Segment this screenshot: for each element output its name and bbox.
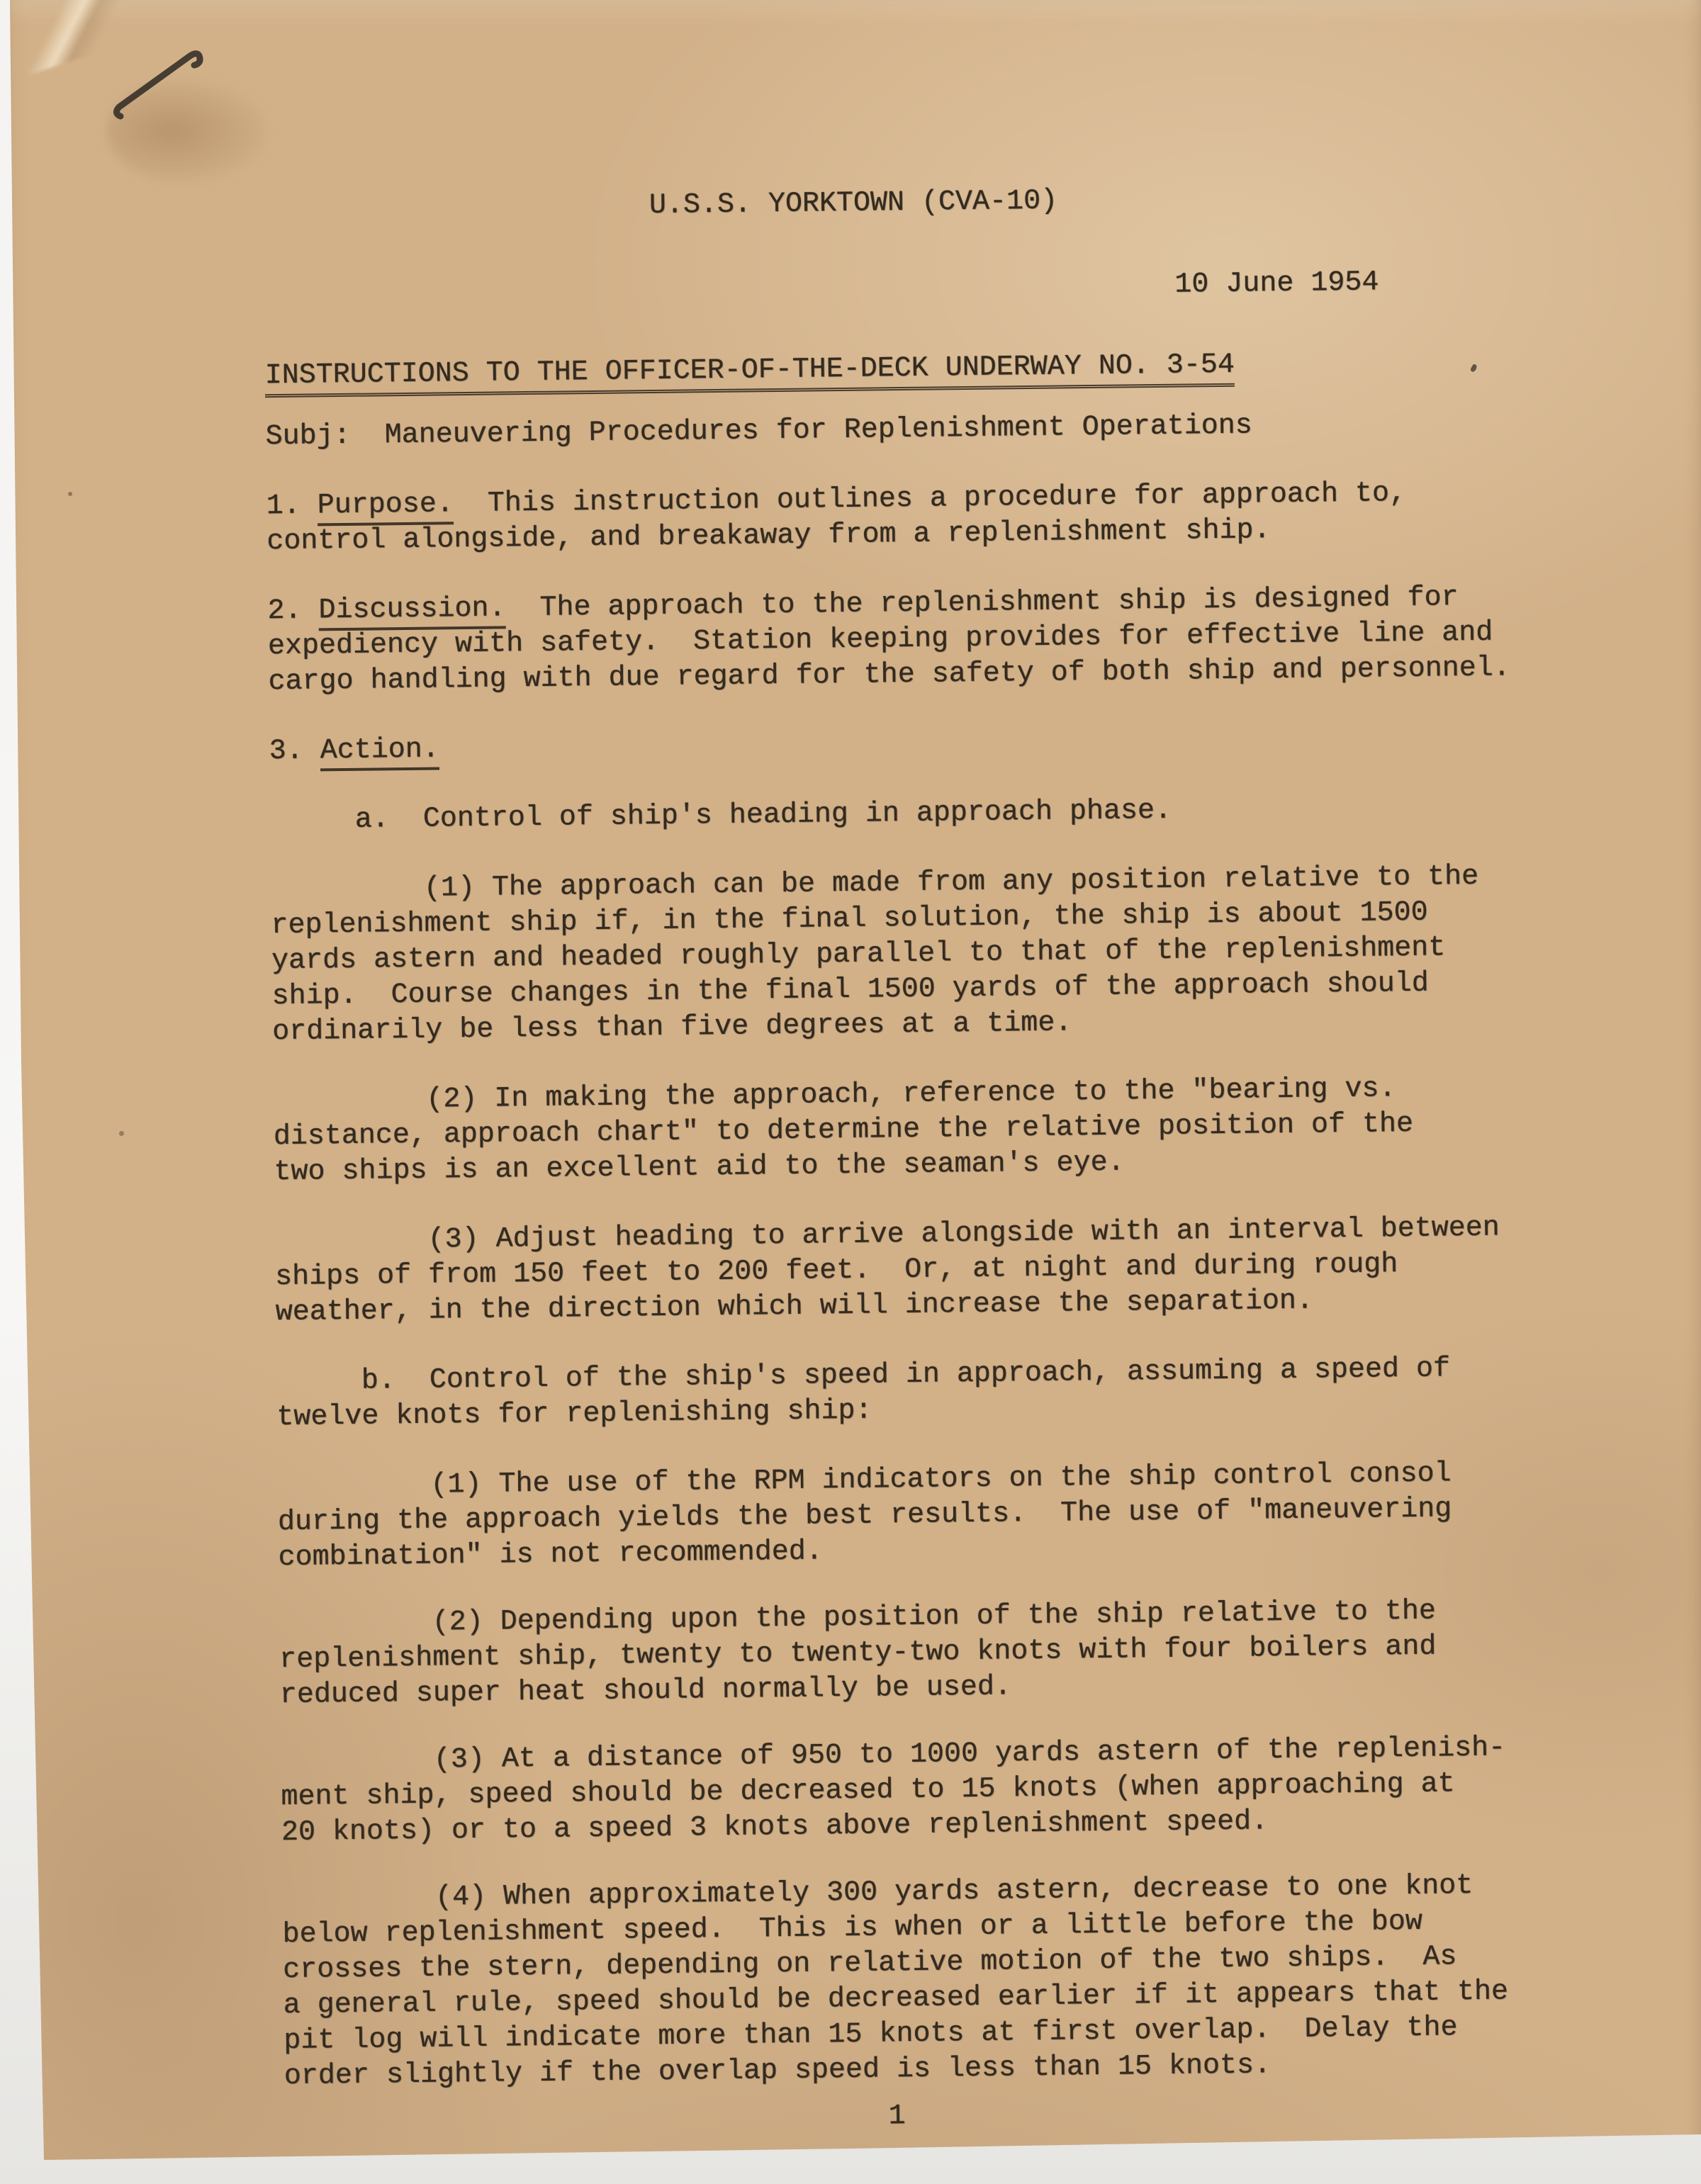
item-b2: (2) Depending upon the position of the s…	[279, 1593, 1549, 1713]
scanned-document: U.S.S. YORKTOWN (CVA-10) 10 June 1954 IN…	[0, 0, 1701, 2184]
subject-line: Subj: Maneuvering Procedures for Repleni…	[265, 405, 1534, 455]
document-title-text: INSTRUCTIONS TO THE OFFICER-OF-THE-DECK …	[264, 349, 1235, 398]
paragraph-label: Action.	[320, 733, 439, 771]
item-b4: (4) When approximately 300 yards astern,…	[282, 1868, 1553, 2095]
paragraph-purpose: 1. Purpose. This instruction outlines a …	[266, 475, 1536, 560]
paragraph-action: 3. Action.	[269, 720, 1537, 770]
ink-speck	[68, 492, 72, 496]
document-page: U.S.S. YORKTOWN (CVA-10) 10 June 1954 IN…	[0, 0, 1701, 2184]
page-content: U.S.S. YORKTOWN (CVA-10) 10 June 1954 IN…	[261, 0, 1554, 2141]
item-b-heading: b. Control of the ship's speed in approa…	[276, 1351, 1546, 1436]
paragraph-discussion: 2. Discussion. The approach to the reple…	[267, 580, 1537, 700]
item-a2: (2) In making the approach, reference to…	[273, 1070, 1543, 1190]
item-b1: (1) The use of the RPM indicators on the…	[277, 1456, 1547, 1576]
page-number: 1	[888, 2092, 1554, 2135]
item-b3: (3) At a distance of 950 to 1000 yards a…	[281, 1730, 1551, 1851]
paragraph-number: 1.	[266, 490, 318, 522]
paragraph-label: Purpose.	[318, 488, 454, 526]
item-a3: (3) Adjust heading to arrive alongside w…	[274, 1210, 1544, 1331]
document-date: 10 June 1954	[1174, 264, 1533, 303]
document-title: INSTRUCTIONS TO THE OFFICER-OF-THE-DECK …	[264, 344, 1533, 394]
ink-speck	[119, 1131, 124, 1136]
paragraph-label: Discussion.	[318, 592, 506, 631]
item-a1: (1) The approach can be made from any po…	[271, 859, 1542, 1050]
document-letterhead: U.S.S. YORKTOWN (CVA-10)	[649, 179, 1532, 224]
item-a-heading: a. Control of ship's heading in approach…	[270, 789, 1539, 839]
paragraph-number: 2.	[267, 595, 319, 627]
paragraph-number: 3.	[269, 735, 320, 767]
staple	[99, 35, 241, 149]
